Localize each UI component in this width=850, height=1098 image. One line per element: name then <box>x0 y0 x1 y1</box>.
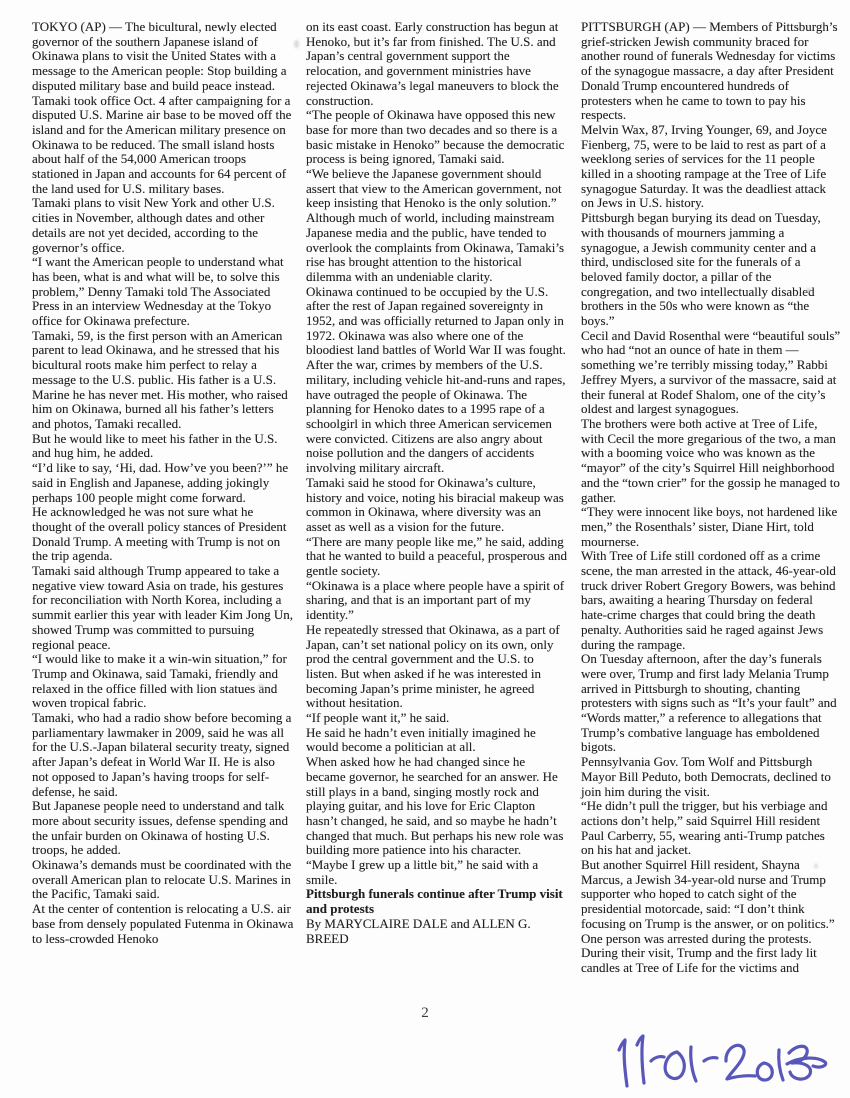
paragraph: Tamaki, who had a radio show before beco… <box>32 711 294 799</box>
scanned-page: TOKYO (AP) — The bicultural, newly elect… <box>0 0 850 1098</box>
paragraph: Tamaki took office Oct. 4 after campaign… <box>32 94 294 197</box>
paragraph: He acknowledged he was not sure what he … <box>32 505 294 564</box>
paragraph: TOKYO (AP) — The bicultural, newly elect… <box>32 20 294 94</box>
paragraph: When asked how he had changed since he b… <box>306 755 568 858</box>
paragraph: “We believe the Japanese government shou… <box>306 167 568 211</box>
scan-artifact <box>294 40 299 48</box>
paragraph: “The people of Okinawa have opposed this… <box>306 108 568 167</box>
scan-artifact <box>814 864 818 868</box>
paragraph: But another Squirrel Hill resident, Shay… <box>581 858 841 932</box>
article-column-2: on its east coast. Early construction ha… <box>306 20 568 946</box>
article-column-1: TOKYO (AP) — The bicultural, newly elect… <box>32 20 294 946</box>
paragraph: Cecil and David Rosenthal were “beautifu… <box>581 329 841 417</box>
paragraph: “I would like to make it a win-win situa… <box>32 652 294 711</box>
handwritten-date <box>592 1018 844 1096</box>
paragraph: On Tuesday afternoon, after the day’s fu… <box>581 652 841 755</box>
paragraph: “They were innocent like boys, not harde… <box>581 505 841 549</box>
article-headline: Pittsburgh funerals continue after Trump… <box>306 887 568 916</box>
paragraph: Okinawa continued to be occupied by the … <box>306 285 568 359</box>
scan-artifact <box>806 288 811 293</box>
paragraph: “He didn’t pull the trigger, but his ver… <box>581 799 841 858</box>
paragraph: During their visit, Trump and the first … <box>581 946 841 975</box>
article-column-3: PITTSBURGH (AP) — Members of Pittsburgh’… <box>581 20 841 976</box>
paragraph: PITTSBURGH (AP) — Members of Pittsburgh’… <box>581 20 841 123</box>
paragraph: Pennsylvania Gov. Tom Wolf and Pittsburg… <box>581 755 841 799</box>
paragraph: Tamaki said although Trump appeared to t… <box>32 564 294 652</box>
paragraph: “If people want it,” he said. <box>306 711 568 726</box>
paragraph: But Japanese people need to understand a… <box>32 799 294 858</box>
paragraph: He said he hadn’t even initially imagine… <box>306 726 568 755</box>
scan-artifact <box>258 684 264 689</box>
paragraph: One person was arrested during the prote… <box>581 932 841 947</box>
paragraph: After the war, crimes by members of the … <box>306 358 568 476</box>
paragraph: Although much of world, including mainst… <box>306 211 568 285</box>
paragraph: “Okinawa is a place where people have a … <box>306 579 568 623</box>
paragraph: Tamaki, 59, is the first person with an … <box>32 329 294 432</box>
paragraph: “I want the American people to understan… <box>32 255 294 329</box>
paragraph: But he would like to meet his father in … <box>32 432 294 461</box>
paragraph: At the center of contention is relocatin… <box>32 902 294 946</box>
paragraph: Melvin Wax, 87, Irving Younger, 69, and … <box>581 123 841 211</box>
paragraph: on its east coast. Early construction ha… <box>306 20 568 108</box>
paragraph: “I’d like to say, ‘Hi, dad. How’ve you b… <box>32 461 294 505</box>
paragraph: Tamaki plans to visit New York and other… <box>32 196 294 255</box>
paragraph: He repeatedly stressed that Okinawa, as … <box>306 623 568 711</box>
paragraph: “There are many people like me,” he said… <box>306 535 568 579</box>
paragraph: “Maybe I grew up a little bit,” he said … <box>306 858 568 887</box>
paragraph: Tamaki said he stood for Okinawa’s cultu… <box>306 476 568 535</box>
paragraph: The brothers were both active at Tree of… <box>581 417 841 505</box>
paragraph: By MARYCLAIRE DALE and ALLEN G. BREED <box>306 917 568 946</box>
paragraph: Pittsburgh began burying its dead on Tue… <box>581 211 841 329</box>
paragraph: With Tree of Life still cordoned off as … <box>581 549 841 652</box>
paragraph: Okinawa’s demands must be coordinated wi… <box>32 858 294 902</box>
